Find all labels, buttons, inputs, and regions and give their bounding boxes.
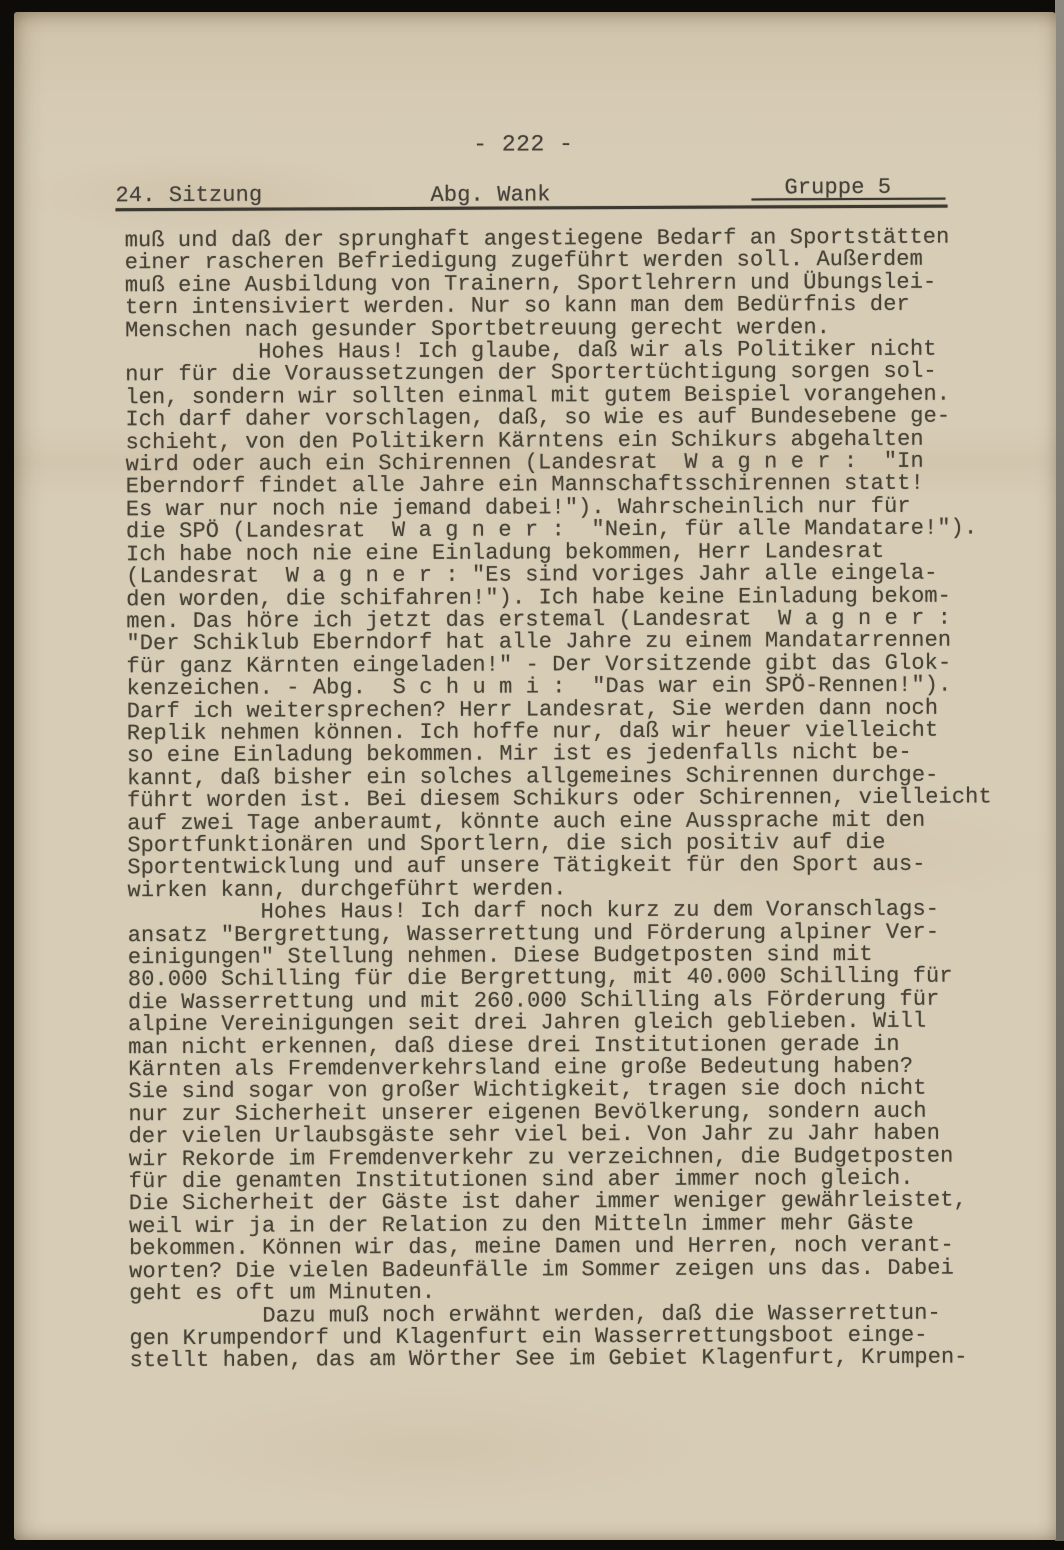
speech-text: muß und daß der sprunghaft angestiegene … bbox=[125, 226, 995, 1372]
scanned-document: - 222 - 24. Sitzung Abg. Wank Gruppe 5 m… bbox=[0, 0, 1064, 1550]
document-page: - 222 - 24. Sitzung Abg. Wank Gruppe 5 m… bbox=[14, 12, 1056, 1540]
scan-edge-strip bbox=[1055, 0, 1064, 1541]
header-group-rule bbox=[751, 198, 945, 201]
page-number: - 222 - bbox=[473, 131, 573, 157]
header-group-label: Gruppe 5 bbox=[784, 175, 891, 200]
header-session-label: 24. Sitzung bbox=[115, 183, 262, 209]
header-speaker-label: Abg. Wank bbox=[430, 182, 550, 208]
page-content: - 222 - 24. Sitzung Abg. Wank Gruppe 5 m… bbox=[14, 12, 1056, 1540]
